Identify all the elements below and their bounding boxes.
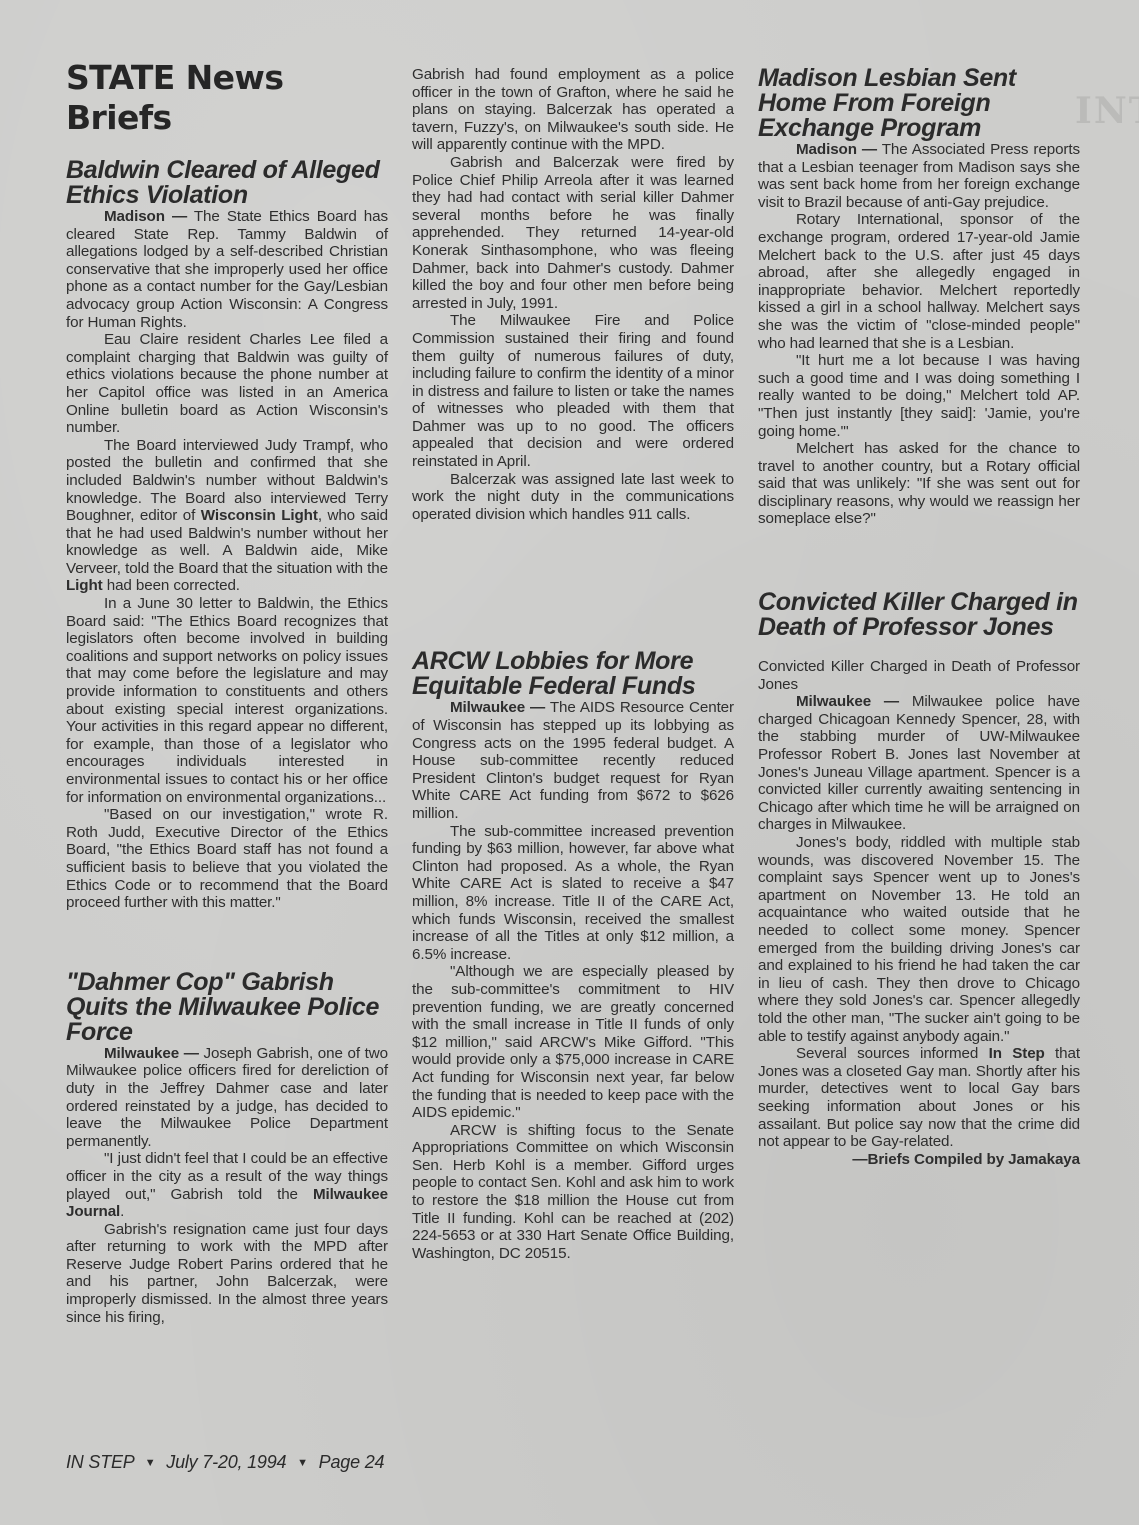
column-3: Madison Lesbian Sent Home From Foreign E… (758, 66, 1080, 1168)
byline: —Briefs Compiled by Jamakaya (758, 1151, 1080, 1169)
paragraph: The sub-committee increased prevention f… (412, 823, 734, 964)
article-baldwin: Baldwin Cleared of Alleged Ethics Violat… (66, 158, 388, 912)
paragraph: ARCW is shifting focus to the Senate App… (412, 1122, 734, 1263)
paragraph: "Based on our investigation," wrote R. R… (66, 806, 388, 912)
publication-name: In Step (989, 1045, 1045, 1062)
paragraph: Jones's body, riddled with multiple stab… (758, 834, 1080, 1045)
paragraph: Rotary International, sponsor of the exc… (758, 211, 1080, 352)
footer-date: July 7-20, 1994 (166, 1452, 286, 1472)
headline-gabrish: "Dahmer Cop" Gabrish Quits the Milwaukee… (66, 970, 388, 1045)
paragraph: Several sources informed In Step that Jo… (758, 1045, 1080, 1151)
paragraph: Melchert has asked for the chance to tra… (758, 440, 1080, 528)
headline-melchert: Madison Lesbian Sent Home From Foreign E… (758, 66, 1080, 141)
headline-jones: Convicted Killer Charged in Death of Pro… (758, 590, 1080, 640)
triangle-separator-icon: ▼ (297, 1457, 308, 1469)
headline-baldwin: Baldwin Cleared of Alleged Ethics Violat… (66, 158, 388, 208)
paragraph: Gabrish had found employment as a police… (412, 66, 734, 154)
footer-publication: IN STEP (66, 1452, 134, 1472)
article-arcw: ARCW Lobbies for More Equitable Federal … (412, 649, 734, 1262)
footer-page-number: Page 24 (319, 1452, 385, 1472)
dateline: Milwaukee — (104, 1045, 199, 1062)
paragraph: "I just didn't feel that I could be an e… (66, 1150, 388, 1220)
paragraph: Madison — The Associated Press reports t… (758, 141, 1080, 211)
paragraph: Balcerzak was assigned late last week to… (412, 471, 734, 524)
publication-name: Light (66, 577, 103, 594)
paragraph: Madison — The State Ethics Board has cle… (66, 208, 388, 331)
headline-arcw: ARCW Lobbies for More Equitable Federal … (412, 649, 734, 699)
article-gabrish: "Dahmer Cop" Gabrish Quits the Milwaukee… (66, 970, 388, 1327)
paragraph: "It hurt me a lot because I was having s… (758, 352, 1080, 440)
bleed-through-text: INT (1075, 90, 1139, 132)
newspaper-page: INT STATE News Briefs Baldwin Cleared of… (0, 0, 1139, 1525)
triangle-separator-icon: ▼ (145, 1457, 156, 1469)
dateline: Milwaukee — (450, 699, 545, 716)
paragraph: Milwaukee — Joseph Gabrish, one of two M… (66, 1045, 388, 1151)
paragraph: Milwaukee — Milwaukee police have charge… (758, 693, 1080, 834)
paragraph: "Although we are especially pleased by t… (412, 963, 734, 1121)
dateline: Madison — (104, 208, 187, 225)
column-2: Gabrish had found employment as a police… (412, 66, 734, 1262)
dateline: Madison — (796, 141, 877, 158)
paragraph: Gabrish and Balcerzak were fired by Poli… (412, 154, 734, 312)
paragraph: Milwaukee — The AIDS Resource Center of … (412, 699, 734, 822)
article-melchert: Madison Lesbian Sent Home From Foreign E… (758, 66, 1080, 528)
article-jones: Convicted Killer Charged in Death of Pro… (758, 590, 1080, 1168)
paragraph: Eau Claire resident Charles Lee filed a … (66, 331, 388, 437)
subhead: Convicted Killer Charged in Death of Pro… (758, 658, 1080, 693)
column-1: STATE News Briefs Baldwin Cleared of All… (66, 58, 388, 1326)
paragraph: In a June 30 letter to Baldwin, the Ethi… (66, 595, 388, 806)
paragraph: The Board interviewed Judy Trampf, who p… (66, 437, 388, 595)
publication-name: Wisconsin Light (201, 507, 318, 524)
paragraph: The Milwaukee Fire and Police Commission… (412, 312, 734, 470)
page-footer: IN STEP ▼ July 7-20, 1994 ▼ Page 24 (66, 1452, 384, 1475)
paragraph: Gabrish's resignation came just four day… (66, 1221, 388, 1327)
article-gabrish-continued: Gabrish had found employment as a police… (412, 66, 734, 523)
section-masthead: STATE News Briefs (66, 58, 388, 138)
dateline: Milwaukee — (796, 693, 899, 710)
